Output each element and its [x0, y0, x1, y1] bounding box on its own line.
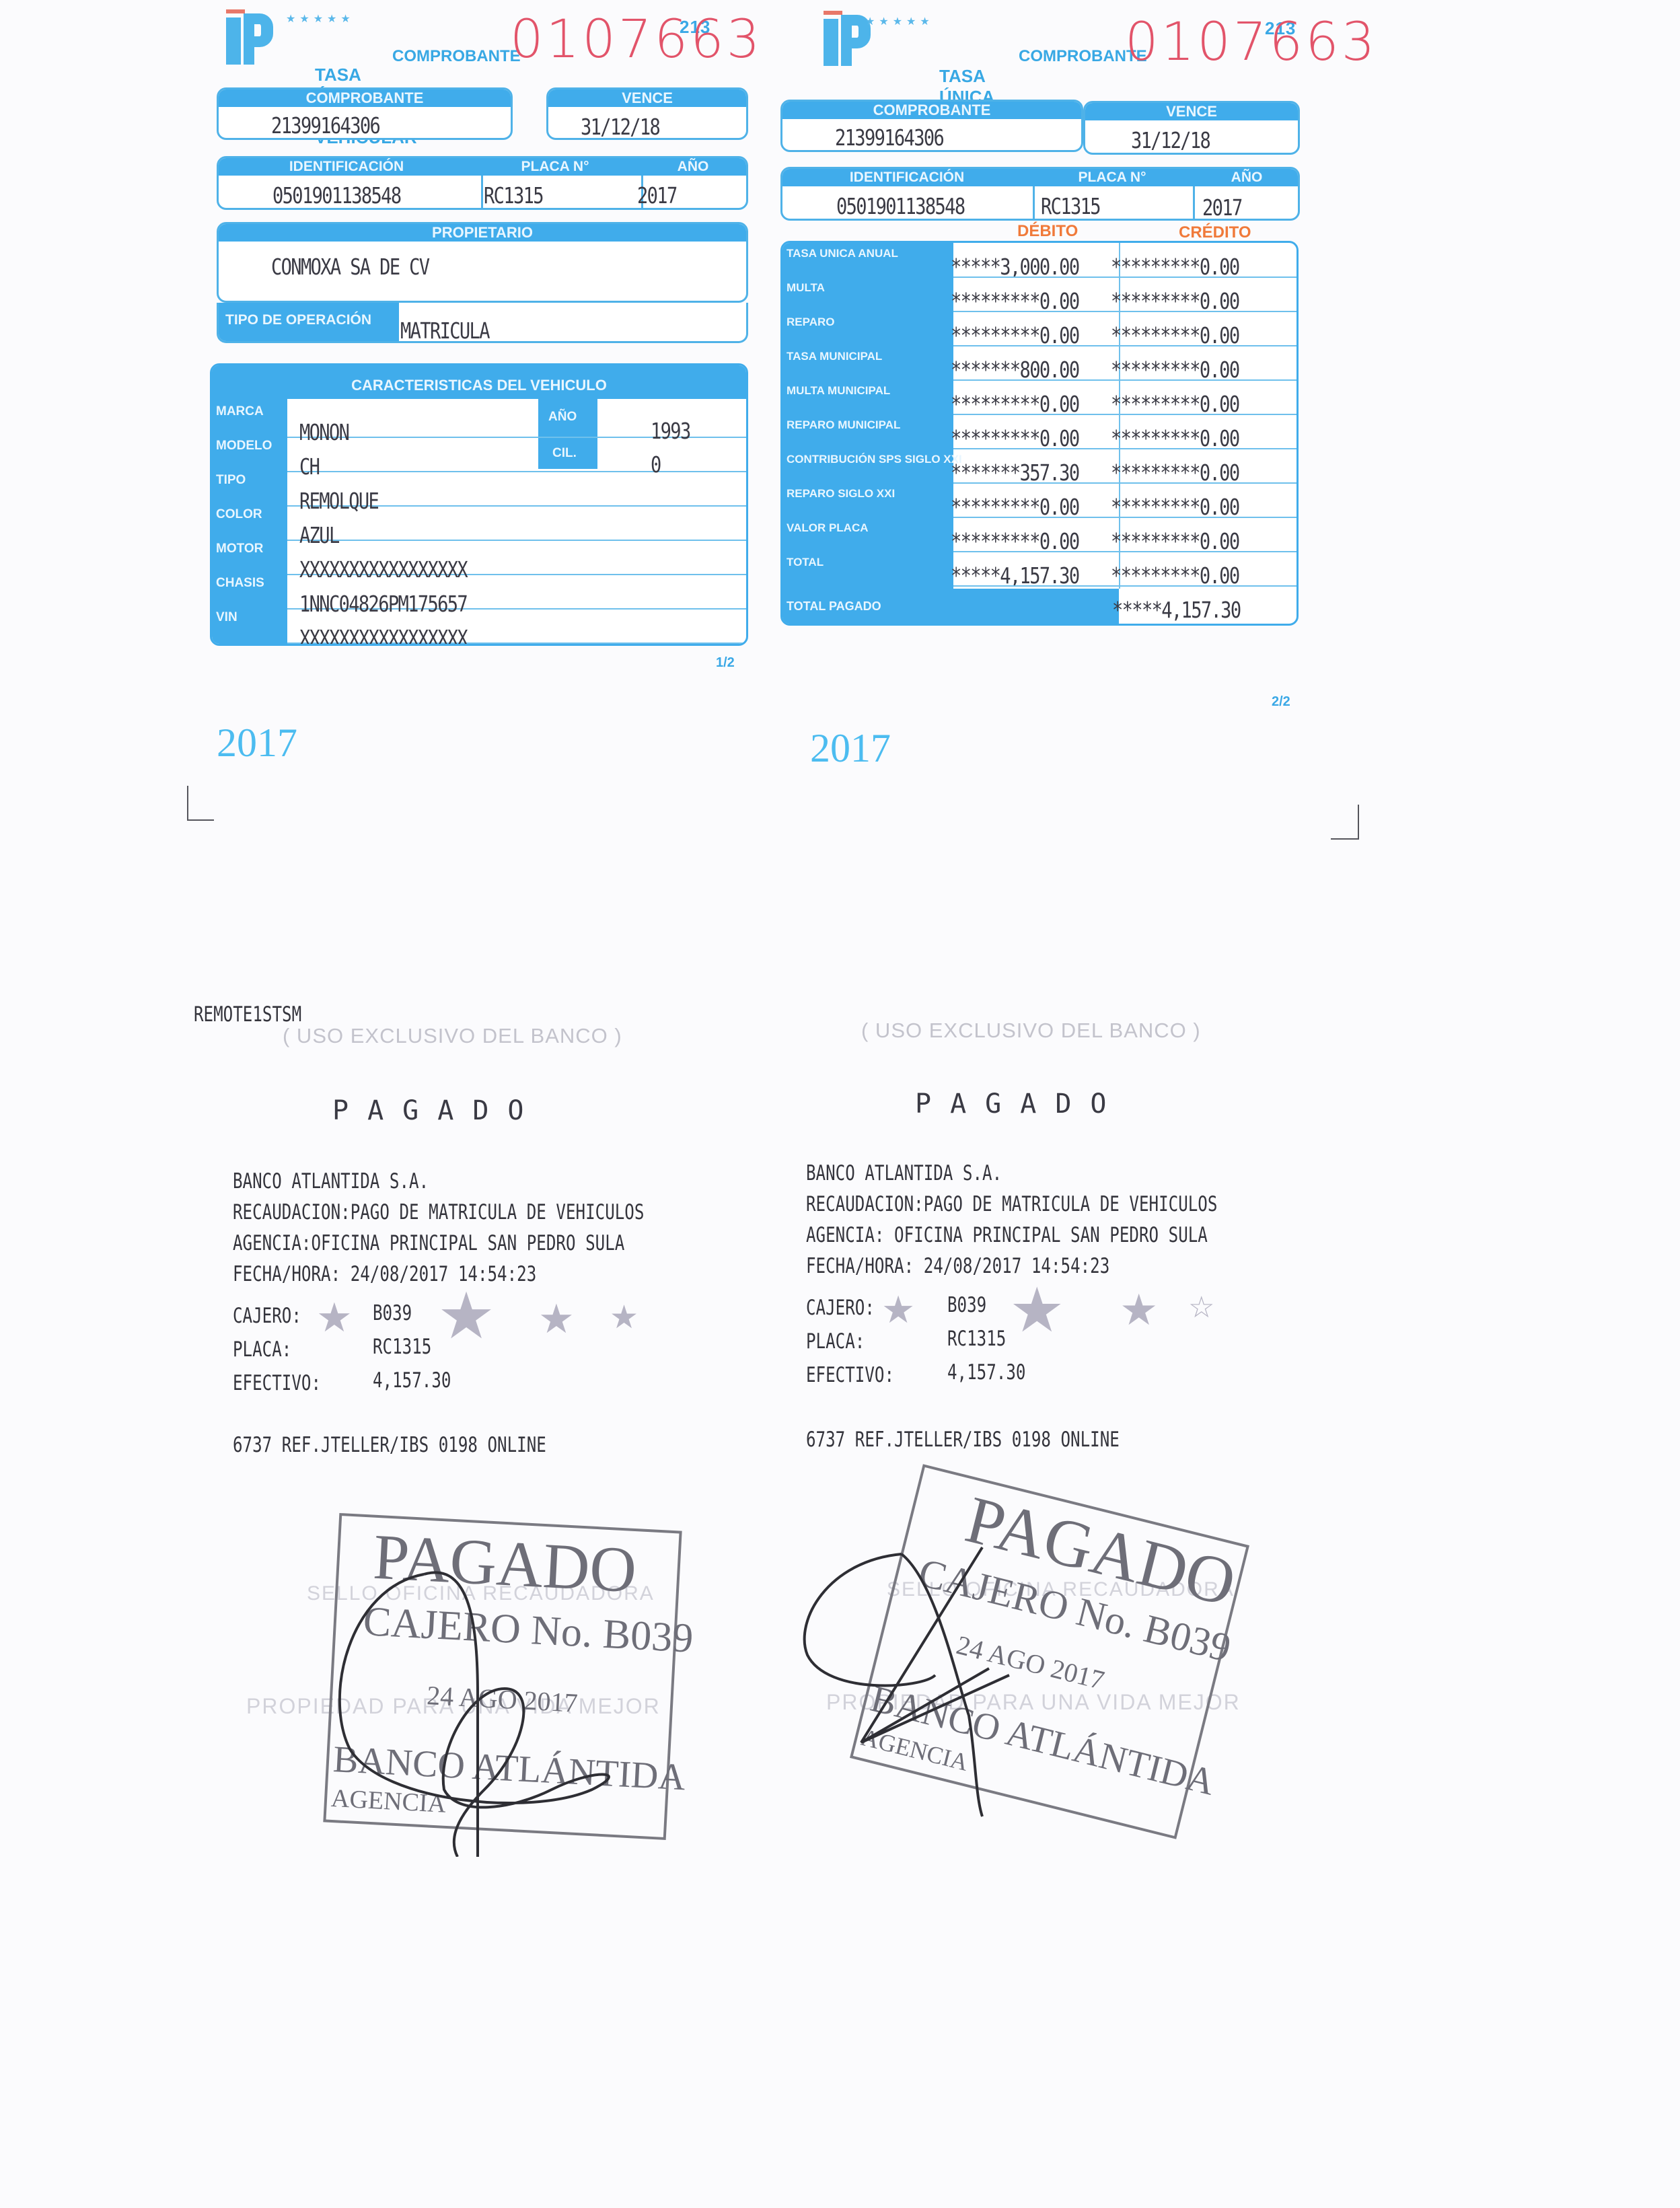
serial-label: COMPROBANTE	[392, 47, 521, 66]
vehiculo-cil-label: CIL.	[552, 446, 577, 461]
cargo-label: VALOR PLACA	[787, 521, 869, 535]
vehiculo-field-label: VIN	[216, 610, 238, 625]
reference-line: 6737 REF.JTELLER/IBS 0198 ONLINE	[233, 1433, 546, 1457]
bank-line-0: BANCO ATLANTIDA S.A.	[233, 1169, 429, 1193]
pagado-heading: PAGADO	[915, 1089, 1126, 1119]
anio-label: AÑO	[636, 158, 748, 176]
cargo-label: REPARO	[787, 316, 834, 329]
star-icon: ★	[881, 1288, 915, 1332]
cargo-label: MULTA	[787, 281, 825, 295]
efectivo-value: 4,157.30	[947, 1360, 1025, 1385]
efectivo-value: 4,157.30	[373, 1368, 451, 1393]
comprobante-box: COMPROBANTE 21399164306	[217, 87, 513, 140]
stars-icon: ★★★★★	[286, 12, 355, 26]
vehiculo-field-label: MARCA	[216, 404, 264, 419]
vehiculo-field-label: CHASIS	[216, 576, 264, 591]
anio-value: 2017	[1202, 194, 1242, 221]
placa-value: RC1315	[947, 1327, 1006, 1351]
vehiculo-field-value: CH	[299, 453, 319, 480]
identificacion-value: 0501901138548	[836, 193, 964, 219]
placa-value: RC1315	[484, 182, 543, 209]
serial-number: 0107663	[1125, 12, 1377, 73]
ip-logo-icon	[222, 7, 280, 69]
efectivo-label: EFECTIVO:	[233, 1371, 321, 1395]
star-icon: ★	[538, 1296, 575, 1343]
comprobante-label: COMPROBANTE	[219, 89, 511, 107]
comprobante-box: COMPROBANTE 21399164306	[780, 100, 1083, 152]
signature-icon	[309, 1547, 686, 1857]
comprobante-value: 21399164306	[271, 112, 379, 139]
vehiculo-field-value: XXXXXXXXXXXXXXXXX	[299, 556, 467, 583]
vehiculo-field-label: MODELO	[216, 439, 272, 453]
total-pagado-value: *****4,157.30	[1112, 597, 1240, 623]
vence-box: VENCE 31/12/18	[546, 87, 748, 140]
vehiculo-anio-value: 1993	[651, 418, 690, 444]
cargo-label: REPARO SIGLO XXI	[787, 487, 895, 501]
identificacion-box: IDENTIFICACIÓN PLACA N° AÑO 050190113854…	[217, 156, 748, 210]
cajero-label: CAJERO:	[806, 1296, 875, 1320]
vence-label: VENCE	[548, 89, 746, 107]
propietario-label: PROPIETARIO	[219, 224, 746, 242]
placa-value: RC1315	[373, 1335, 431, 1359]
vehiculo-field-label: TIPO	[216, 473, 246, 488]
bank-line-0: BANCO ATLANTIDA S.A.	[806, 1161, 1002, 1185]
tipo-operacion-box: TIPO DE OPERACIÓN MATRICULA	[217, 303, 748, 343]
cargo-label: MULTA MUNICIPAL	[787, 384, 890, 398]
page-indicator: 2/2	[1272, 694, 1290, 710]
vence-value: 31/12/18	[1131, 127, 1210, 153]
bank-line-1: RECAUDACION:PAGO DE MATRICULA DE VEHICUL…	[233, 1200, 644, 1224]
star-icon: ★	[316, 1294, 353, 1341]
signature-icon	[787, 1541, 1137, 1823]
vehiculo-section-label: CARACTERISTICAS DEL VEHICULO	[212, 365, 746, 399]
cajero-value: B039	[373, 1301, 412, 1325]
vence-label: VENCE	[1085, 103, 1298, 120]
identificacion-value: 0501901138548	[272, 182, 400, 209]
vehiculo-anio-label: AÑO	[548, 410, 577, 425]
vence-box: VENCE 31/12/18	[1083, 101, 1300, 155]
vehiculo-field-label: MOTOR	[216, 542, 263, 556]
anio-value: 2017	[637, 182, 677, 209]
bank-line-1: RECAUDACION:PAGO DE MATRICULA DE VEHICUL…	[806, 1192, 1217, 1216]
cajero-label: CAJERO:	[233, 1304, 301, 1328]
star-icon: ☆	[1188, 1290, 1214, 1325]
star-icon: ★	[437, 1278, 495, 1354]
comprobante-value: 21399164306	[835, 124, 943, 151]
placa-value: RC1315	[1041, 193, 1100, 219]
vehiculo-field-value: XXXXXXXXXXXXXXXXX	[299, 625, 467, 646]
debito-label: DÉBITO	[1017, 222, 1078, 241]
identificacion-label: IDENTIFICACIÓN	[219, 158, 474, 176]
page-indicator: 1/2	[716, 655, 735, 671]
vehiculo-field-value: 1NNC04826PM175657	[299, 591, 467, 617]
placa-label: PLACA:	[806, 1329, 865, 1354]
bank-line-2: AGENCIA: OFICINA PRINCIPAL SAN PEDRO SUL…	[806, 1223, 1208, 1247]
star-icon: ★	[1009, 1274, 1064, 1346]
anio-label: AÑO	[1193, 169, 1300, 186]
propietario-box: PROPIETARIO CONMOXA SA DE CV	[217, 222, 748, 303]
vehiculo-field-label: COLOR	[216, 507, 262, 522]
efectivo-label: EFECTIVO:	[806, 1363, 894, 1387]
credito-label: CRÉDITO	[1179, 223, 1251, 242]
stars-icon: ★★★★★	[865, 15, 934, 28]
placa-label: PLACA N°	[1031, 169, 1193, 186]
serial-number: 0107663	[510, 9, 762, 70]
reference-line: 6737 REF.JTELLER/IBS 0198 ONLINE	[806, 1428, 1120, 1452]
year-mark: 2017	[810, 725, 891, 772]
vehiculo-cil-value: 0	[651, 451, 661, 478]
total-pagado-label: TOTAL PAGADO	[787, 599, 881, 614]
cargos-table: TASA UNICA ANUAL*****3,000.00*********0.…	[780, 241, 1299, 626]
placa-label: PLACA N°	[474, 158, 636, 176]
cargo-label: REPARO MUNICIPAL	[787, 418, 900, 432]
star-icon: ★	[1120, 1285, 1158, 1335]
identificacion-label: IDENTIFICACIÓN	[782, 169, 1031, 186]
tipo-operacion-value: MATRICULA	[400, 318, 489, 343]
cargo-label: TASA MUNICIPAL	[787, 350, 882, 363]
pagado-heading: PAGADO	[332, 1095, 543, 1126]
terminal-id: REMOTE1STSM	[194, 1002, 301, 1027]
cargo-label: TOTAL	[787, 556, 824, 569]
star-icon: ★	[610, 1298, 638, 1336]
vehiculo-field-value: AZUL	[299, 522, 339, 548]
bank-line-2: AGENCIA:OFICINA PRINCIPAL SAN PEDRO SULA	[233, 1231, 624, 1255]
comprobante-label: COMPROBANTE	[782, 102, 1081, 119]
vehiculo-box: CARACTERISTICAS DEL VEHICULO AÑO CIL. 19…	[210, 363, 748, 646]
vence-value: 31/12/18	[581, 114, 659, 140]
cargo-label: TASA UNICA ANUAL	[787, 247, 898, 260]
year-mark: 2017	[217, 720, 297, 766]
cajero-value: B039	[947, 1293, 986, 1317]
cargo-label: CONTRIBUCIÓN SPS SIGLO XXI	[787, 453, 962, 466]
vehiculo-field-value: REMOLQUE	[299, 488, 378, 514]
uso-exclusivo-label: ( USO EXCLUSIVO DEL BANCO )	[283, 1024, 622, 1048]
tipo-operacion-label: TIPO DE OPERACIÓN	[225, 312, 371, 328]
vehiculo-field-value: MONON	[299, 419, 349, 445]
propietario-value: CONMOXA SA DE CV	[271, 254, 429, 280]
identificacion-box: IDENTIFICACIÓN PLACA N° AÑO 050190113854…	[780, 167, 1300, 221]
uso-exclusivo-label: ( USO EXCLUSIVO DEL BANCO )	[861, 1019, 1201, 1043]
placa-label: PLACA:	[233, 1337, 291, 1362]
